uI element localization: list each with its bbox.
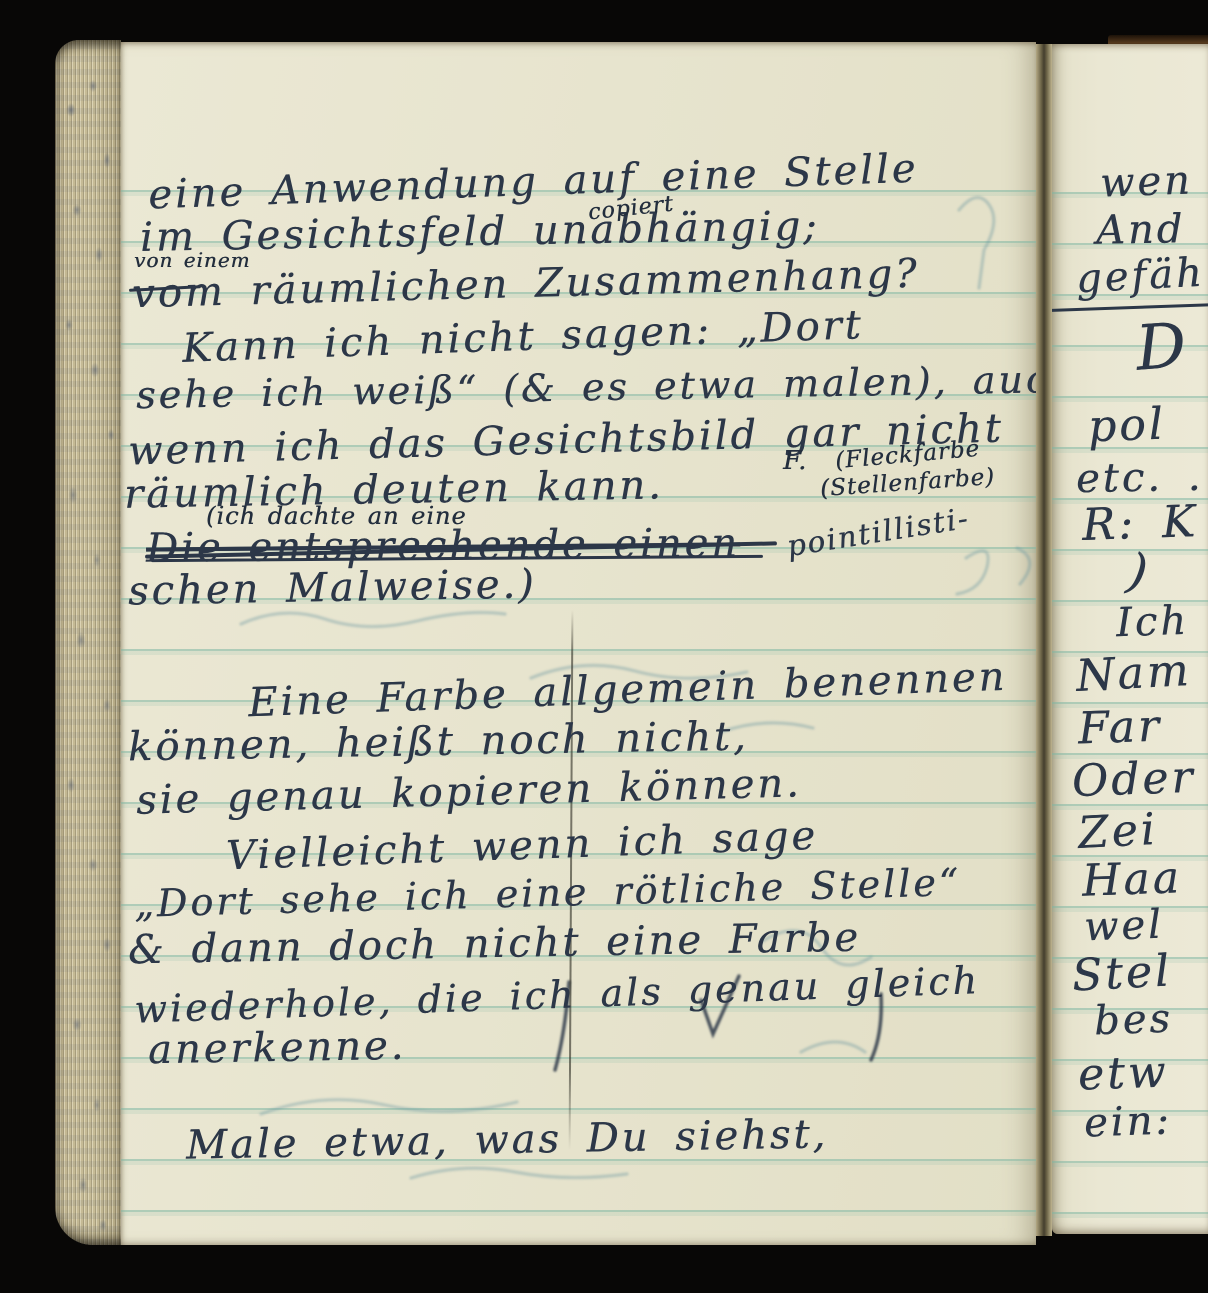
manuscript-fragment: pol <box>1087 403 1166 450</box>
manuscript-fragment: Ich <box>1115 601 1189 644</box>
manuscript-line: schen Malweise.) <box>128 564 537 611</box>
manuscript-fragment: etw <box>1077 1050 1169 1097</box>
manuscript-fragment: etc. . <box>1076 457 1204 499</box>
left-page: eine Anwendung auf eine Stelle im Gesich… <box>121 42 1036 1245</box>
manuscript-line: Male etwa, was Du siehst, <box>186 1114 829 1165</box>
manuscript-fragment: D <box>1134 314 1191 380</box>
manuscript-line: können, heißt noch nicht, <box>128 717 749 768</box>
insertion-von-einem: von einem <box>134 250 251 270</box>
manuscript-fragment: wen <box>1099 160 1193 203</box>
manuscript-fragment: Oder <box>1071 756 1196 804</box>
manuscript-fragment: Haa <box>1081 856 1182 903</box>
manuscript-fragment: ein: <box>1083 1100 1172 1143</box>
manuscript-fragment: Stel <box>1071 949 1173 998</box>
page-edge-stack <box>55 40 121 1245</box>
binding-gutter <box>1036 44 1052 1236</box>
manuscript-fragment: Zei <box>1077 808 1159 856</box>
manuscript-fragment: wel <box>1083 905 1164 948</box>
manuscript-fragment: gefäh <box>1075 253 1206 300</box>
manuscript-line: anerkenne. <box>148 1026 407 1071</box>
manuscript-fragment: R: K <box>1081 500 1198 548</box>
manuscript-line: & dann doch nicht eine Farbe <box>128 918 862 971</box>
manuscript-fragment: Nam <box>1075 649 1193 699</box>
manuscript-fragment: And <box>1096 209 1186 251</box>
manuscript-fragment: Far <box>1077 705 1162 752</box>
right-page: wen And gefäh D pol etc. . R: K ) Ich Na… <box>1052 44 1208 1234</box>
manuscript-fragment: bes <box>1093 999 1173 1042</box>
notebook-photograph: eine Anwendung auf eine Stelle im Gesich… <box>0 0 1208 1293</box>
insertion-caret: F. <box>783 448 807 474</box>
